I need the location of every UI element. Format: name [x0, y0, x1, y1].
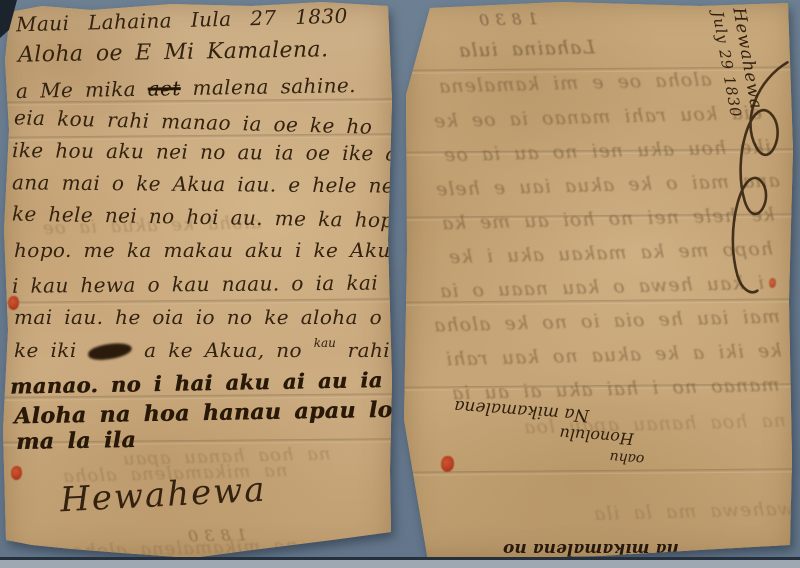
paper-back: 1830 Lahaina iula aloha oe e mi kamalena… — [403, 0, 797, 562]
bleed-through-line: eia kou rahi manao ia oe ke — [433, 102, 762, 133]
letter-line-salutation: Aloha oe E Mi Kamalena. — [18, 39, 329, 66]
letter-line: ana mai o ke Akua iau. e hele nei — [12, 172, 401, 195]
letter-line: ke hele nei no hoi au. me ka hopo — [12, 204, 406, 231]
letter-line: hopo. me ka makau aku i ke Akua — [14, 240, 403, 260]
letter-line: ike hou aku nei no au ia oe ike aloha — [12, 140, 443, 164]
letter-page-front: aloha ke akua ia oe na hoa hanau apau na… — [2, 0, 394, 560]
ink-blot — [88, 342, 133, 362]
bleed-through-line: ke iki a ke akua no kau rahi — [445, 340, 782, 371]
letter-line: a Me mika aet malena sahine. — [16, 75, 356, 101]
bleed-through-date: 1830 — [473, 9, 538, 30]
inserted-word-above-line: kau — [314, 336, 336, 350]
letter-line: Aloha na hoa hanau apau loa — [14, 399, 408, 428]
letter-line: i kau hewa o kau naau. o ia kai ike — [12, 272, 422, 296]
letter-line-dateline: Maui Lahaina Iula 27 1830 — [16, 6, 348, 35]
photo-of-letter: aloha ke akua ia oe na hoa hanau apau na… — [0, 0, 800, 568]
paper-front: aloha ke akua ia oe na hoa hanau apau na… — [2, 0, 394, 560]
letter-line: ke iki a ke Akua, no kau rahi — [14, 340, 390, 360]
letter-page-back: 1830 Lahaina iula aloha oe e mi kamalena… — [403, 0, 797, 562]
address-block-upside-down: oahu Honolulu Na mikamalena — [423, 393, 681, 469]
wax-seal-remnant — [769, 278, 776, 288]
bleed-through-line: hewahewa ma la ila — [593, 497, 800, 525]
signature-hewahewa: Hewahewa — [59, 473, 267, 518]
letter-line-part: malena sahine. — [192, 73, 356, 100]
letter-line-part: ke iki — [14, 338, 77, 362]
bleed-through-line: ike hou aku nei no au ia oe — [443, 136, 771, 167]
letter-line-part: rahi — [348, 338, 390, 362]
letter-line-closing: ma la ila — [16, 429, 136, 453]
struck-out-word: aet — [148, 76, 181, 101]
fold-crease — [395, 468, 800, 476]
letter-line: manao. no i hai aku ai au ia oe — [10, 368, 424, 396]
letter-line-part: a ke Akua, no — [144, 338, 302, 362]
mat-edge-band — [0, 560, 800, 568]
bleed-through-date: 1830 — [182, 525, 247, 546]
letter-line-part: a Me mika — [16, 77, 136, 103]
letter-line: mai iau. he oia io no ke aloha o ke — [14, 307, 419, 327]
wax-seal-remnant — [441, 456, 454, 472]
wax-seal-remnant — [11, 466, 22, 480]
letter-line: eia kou rahi manao ia oe ke ho — [14, 107, 373, 136]
bleed-through-line: Lahaina iula — [458, 36, 595, 62]
bleed-through-line: mai iau he oia io no ke aloha — [433, 305, 780, 336]
